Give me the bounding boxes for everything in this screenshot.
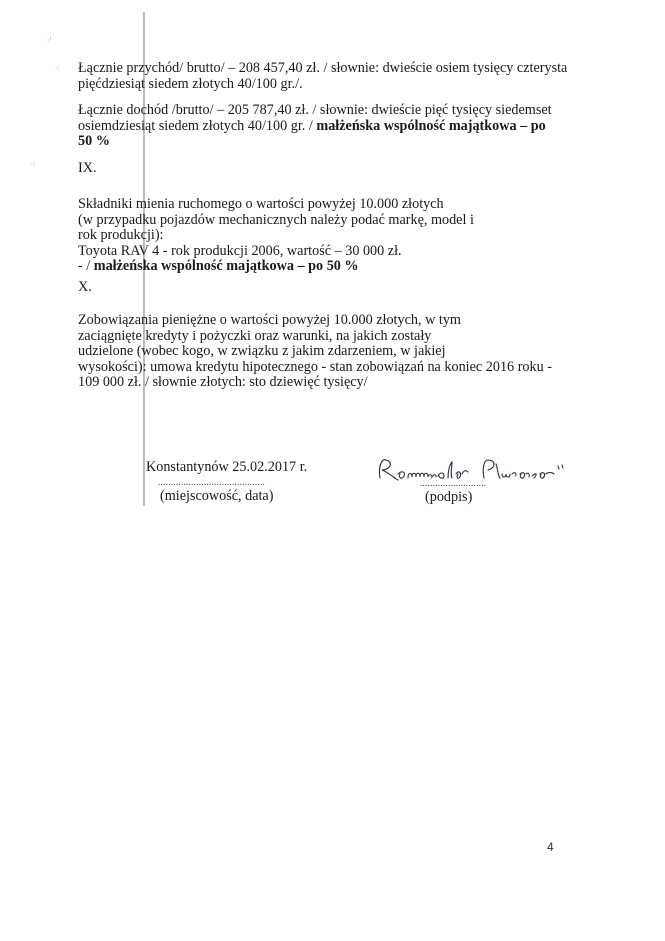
section-x-paragraph: Zobowiązania pieniężne o wartości powyże… — [78, 313, 552, 391]
place-date-caption: (miejscowość, data) — [160, 488, 273, 505]
section-x-line-4: wysokości): umowa kredytu hipotecznego -… — [78, 360, 552, 376]
section-ix-line-3: rok produkcji): — [78, 228, 474, 244]
income-net-line-1: Łącznie dochód /brutto/ – 205 787,40 zł.… — [78, 103, 552, 119]
place-date-dotted-line: ........................................… — [158, 477, 265, 487]
scan-speck: ·' — [47, 36, 52, 45]
section-ix-line-2: (w przypadku pojazdów mechanicznych nale… — [78, 213, 474, 229]
income-gross-line-1: Łącznie przychód/ brutto/ – 208 457,40 z… — [78, 61, 567, 77]
section-ix-ownership-bold: małżeńska wspólność majątkowa – po 50 % — [94, 258, 359, 274]
marital-property-share: 50 % — [78, 134, 552, 150]
income-gross-paragraph: Łącznie przychód/ brutto/ – 208 457,40 z… — [78, 61, 567, 92]
income-net-paragraph: Łącznie dochód /brutto/ – 205 787,40 zł.… — [78, 103, 552, 150]
signature-caption: (podpis) — [425, 489, 472, 506]
section-x-line-1: Zobowiązania pieniężne o wartości powyże… — [78, 313, 552, 329]
signature-dotted-line: .......................... — [420, 478, 486, 488]
marital-property-note: małżeńska wspólność majątkowa – po — [316, 118, 545, 134]
section-ix-heading: IX. — [78, 160, 97, 177]
section-ix-paragraph: Składniki mienia ruchomego o wartości po… — [78, 197, 474, 275]
document-page: ·' ⁖ ⁘ Łącznie przychód/ brutto/ – 208 4… — [0, 0, 665, 941]
place-date: Konstantynów 25.02.2017 r. — [146, 459, 307, 476]
section-ix-ownership-line: - / małżeńska wspólność majątkowa – po 5… — [78, 259, 474, 275]
income-net-line-2: osiemdziesiąt siedem złotych 40/100 gr. … — [78, 119, 552, 135]
income-net-line-2-text: osiemdziesiąt siedem złotych 40/100 gr. … — [78, 118, 316, 134]
scan-speck: ⁖ — [55, 64, 60, 73]
section-ix-vehicle-line: Toyota RAV 4 - rok produkcji 2006, warto… — [78, 244, 474, 260]
income-gross-line-2: pięćdziesiąt siedem złotych 40/100 gr./. — [78, 77, 567, 93]
section-x-heading: X. — [78, 279, 92, 296]
section-ix-line-1: Składniki mienia ruchomego o wartości po… — [78, 197, 474, 213]
page-number: 4 — [547, 840, 554, 854]
section-x-line-2: zaciągnięte kredyty i pożyczki oraz waru… — [78, 329, 552, 345]
section-ix-ownership-prefix: - / — [78, 258, 94, 274]
section-x-line-5: 109 000 zł. / słownie złotych: sto dziew… — [78, 375, 552, 391]
scan-speck: ⁘ — [30, 160, 37, 169]
section-x-line-3: udzielone (wobec kogo, w związku z jakim… — [78, 344, 552, 360]
